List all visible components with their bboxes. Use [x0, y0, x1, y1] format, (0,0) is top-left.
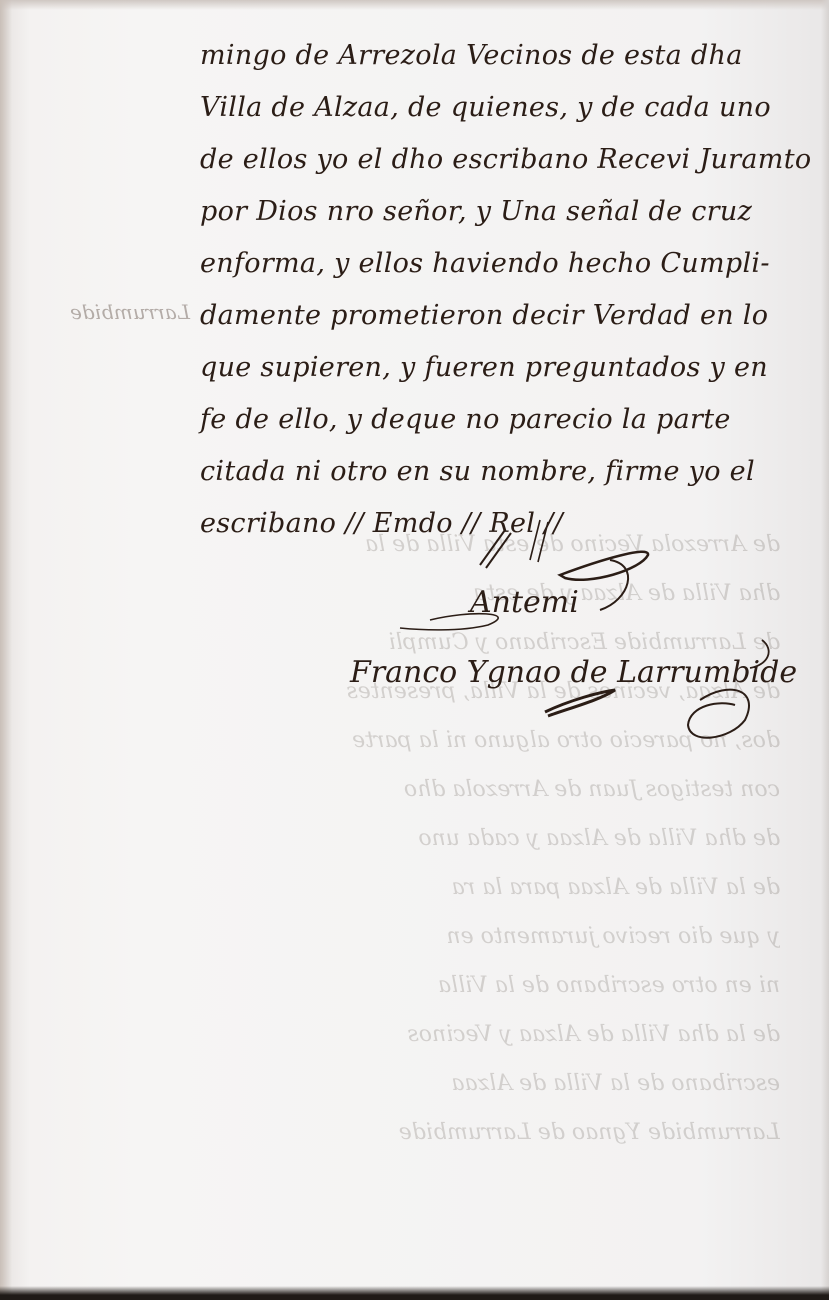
- attestation-signature: Antemi: [470, 585, 579, 620]
- bleed-through-text: de Arrezola Vecino de esta Villa de la d…: [60, 520, 780, 1220]
- bleed-line: dos, no parecio otro alguno ni la parte: [60, 716, 780, 765]
- text-line: citada ni otro en su nombre, firme yo el: [200, 446, 810, 498]
- text-line: de ellos yo el dho escribano Recevi Jura…: [200, 134, 810, 186]
- manuscript-body: mingo de Arrezola Vecinos de esta dha Vi…: [200, 30, 810, 550]
- bleed-line: Larrumbide Ygnao de Larrumbide: [60, 1108, 780, 1157]
- bleed-line: con testigos Juan de Arrezola dho: [60, 765, 780, 814]
- bleed-line: y que dio recivo juramento en: [60, 912, 780, 961]
- text-line: Villa de Alzaa, de quienes, y de cada un…: [200, 82, 810, 134]
- text-line: escribano // Emdo // Rel //: [200, 498, 810, 550]
- bleed-line: de dha Villa de Alzaa y cada uno: [60, 814, 780, 863]
- notary-signature: Franco Ygnao de Larrumbide: [350, 655, 797, 690]
- bleed-line: ni en otro escribano de la Villa: [60, 961, 780, 1010]
- text-line: fe de ello, y deque no parecio la parte: [200, 394, 810, 446]
- bleed-line: escribano de la Villa de Alzaa: [60, 1059, 780, 1108]
- page-edge-bottom: [0, 1286, 829, 1300]
- text-line: damente prometieron decir Verdad en lo: [200, 290, 810, 342]
- text-line: que supieren, y fueren preguntados y en: [200, 342, 810, 394]
- page-edge-right: [821, 0, 829, 1300]
- margin-bleed-signature: Larrumbide: [70, 300, 190, 324]
- page-edge-left: [0, 0, 12, 1300]
- bleed-line: de la Villa de Alzaa para la ra: [60, 863, 780, 912]
- manuscript-page: Larrumbide de Arrezola Vecino de esta Vi…: [0, 0, 829, 1300]
- page-edge-top: [0, 0, 829, 10]
- text-line: mingo de Arrezola Vecinos de esta dha: [200, 30, 810, 82]
- text-line: por Dios nro señor, y Una señal de cruz: [200, 186, 810, 238]
- bleed-line: dha Villa de Alzaa y de esta: [60, 569, 780, 618]
- text-line: enforma, y ellos haviendo hecho Cumpli-: [200, 238, 810, 290]
- bleed-line: de la dha Villa de Alzaa y Vecinos: [60, 1010, 780, 1059]
